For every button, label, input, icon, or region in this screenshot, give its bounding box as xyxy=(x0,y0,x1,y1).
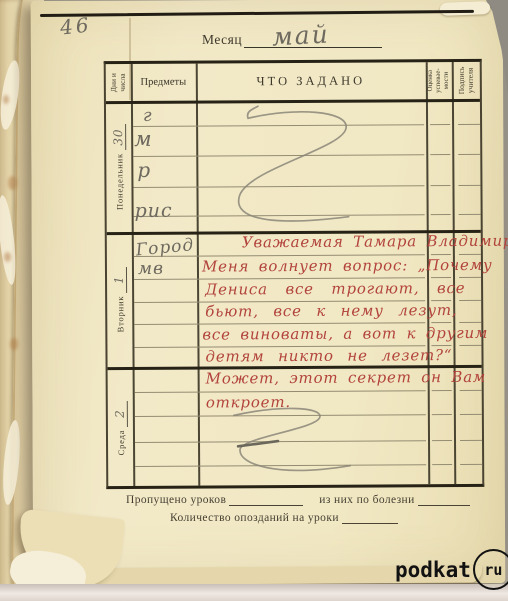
by-illness-label: из них по болезни xyxy=(319,494,414,506)
note-line: Может, этот секрет он Вам xyxy=(206,368,487,388)
watermark-circle-badge: ru xyxy=(473,549,508,590)
note-line: все виноваты, а вот к другим xyxy=(202,324,488,344)
missed-lessons-label: Пропущено уроков xyxy=(126,494,226,506)
day-name: Вторник xyxy=(115,296,125,333)
pencil-scribble xyxy=(196,102,429,231)
watermark: podkat ru xyxy=(395,549,508,590)
note-line: Меня волнует вопрос: „Почему xyxy=(202,256,493,276)
day-label-wednesday: Среда2 xyxy=(108,367,134,489)
missed-lessons-row: Пропущено уроков из них по болезни xyxy=(126,493,470,506)
note-line: Уважаемая Тамара Владимировна xyxy=(242,231,508,251)
tardies-row: Количество опозданий на уроки xyxy=(170,511,398,524)
subject-entry: г xyxy=(143,106,153,126)
day-label-monday: Понедельник30 xyxy=(106,102,132,232)
scanned-diary-page: 46 Месяц май xyxy=(0,0,508,601)
note-line: Дениса все трогают, все xyxy=(205,279,465,299)
day-name: Понедельник xyxy=(114,153,124,210)
diary-content: 46 Месяц май xyxy=(0,0,508,601)
missed-lessons-blank xyxy=(229,493,303,506)
day-cell-tuesday: Вторник1 xyxy=(107,232,133,367)
day-name: Среда xyxy=(115,430,125,456)
day-label-tuesday: Вторник1 xyxy=(107,232,133,367)
note-line: детям никто не лезет?“ xyxy=(205,346,452,366)
diary-table: Дни и числа Предметы ЧТО ЗАДАНО Оценка у… xyxy=(104,59,485,489)
header-assignments-label: ЧТО ЗАДАНО xyxy=(196,62,426,100)
month-underline: май xyxy=(244,30,382,48)
subject-entry: мв xyxy=(138,259,164,279)
tardies-label: Количество опозданий на уроки xyxy=(170,512,339,524)
subject-entry: р xyxy=(137,158,151,182)
day-cell-wednesday: Среда2 xyxy=(108,367,134,489)
pencil-scribble xyxy=(198,392,431,485)
note-line: бьют, все к нему лезут, xyxy=(205,301,457,321)
day-date-handwritten: 30 xyxy=(111,124,126,150)
subject-entry: м xyxy=(134,127,153,151)
page-number: 46 xyxy=(59,12,93,39)
header-signature-cell: Подпись учителя xyxy=(452,62,482,99)
header-grade-label: Оценка успевае- мости xyxy=(426,62,452,99)
month-label: Месяц xyxy=(202,32,242,48)
tardies-blank xyxy=(342,511,398,524)
header-grade-cell: Оценка успевае- мости xyxy=(426,62,452,99)
page-top-edge-line xyxy=(40,10,474,17)
header-signature-label: Подпись учителя xyxy=(452,62,482,99)
header-subjects-label: Предметы xyxy=(131,64,196,101)
subject-entry: рис xyxy=(135,200,173,222)
watermark-tld: ru xyxy=(484,561,502,579)
header-days-cell: Дни и числа xyxy=(106,64,131,101)
month-value-handwritten: май xyxy=(271,20,330,52)
month-row: Месяц май xyxy=(202,30,382,48)
day-cell-monday: Понедельник30 xyxy=(106,102,132,232)
by-illness-blank xyxy=(418,493,470,506)
header-days-label: Дни и числа xyxy=(106,64,131,101)
day-date-handwritten: 1 xyxy=(112,267,127,293)
watermark-site: podkat xyxy=(395,558,471,582)
day-date-handwritten: 2 xyxy=(113,401,128,427)
